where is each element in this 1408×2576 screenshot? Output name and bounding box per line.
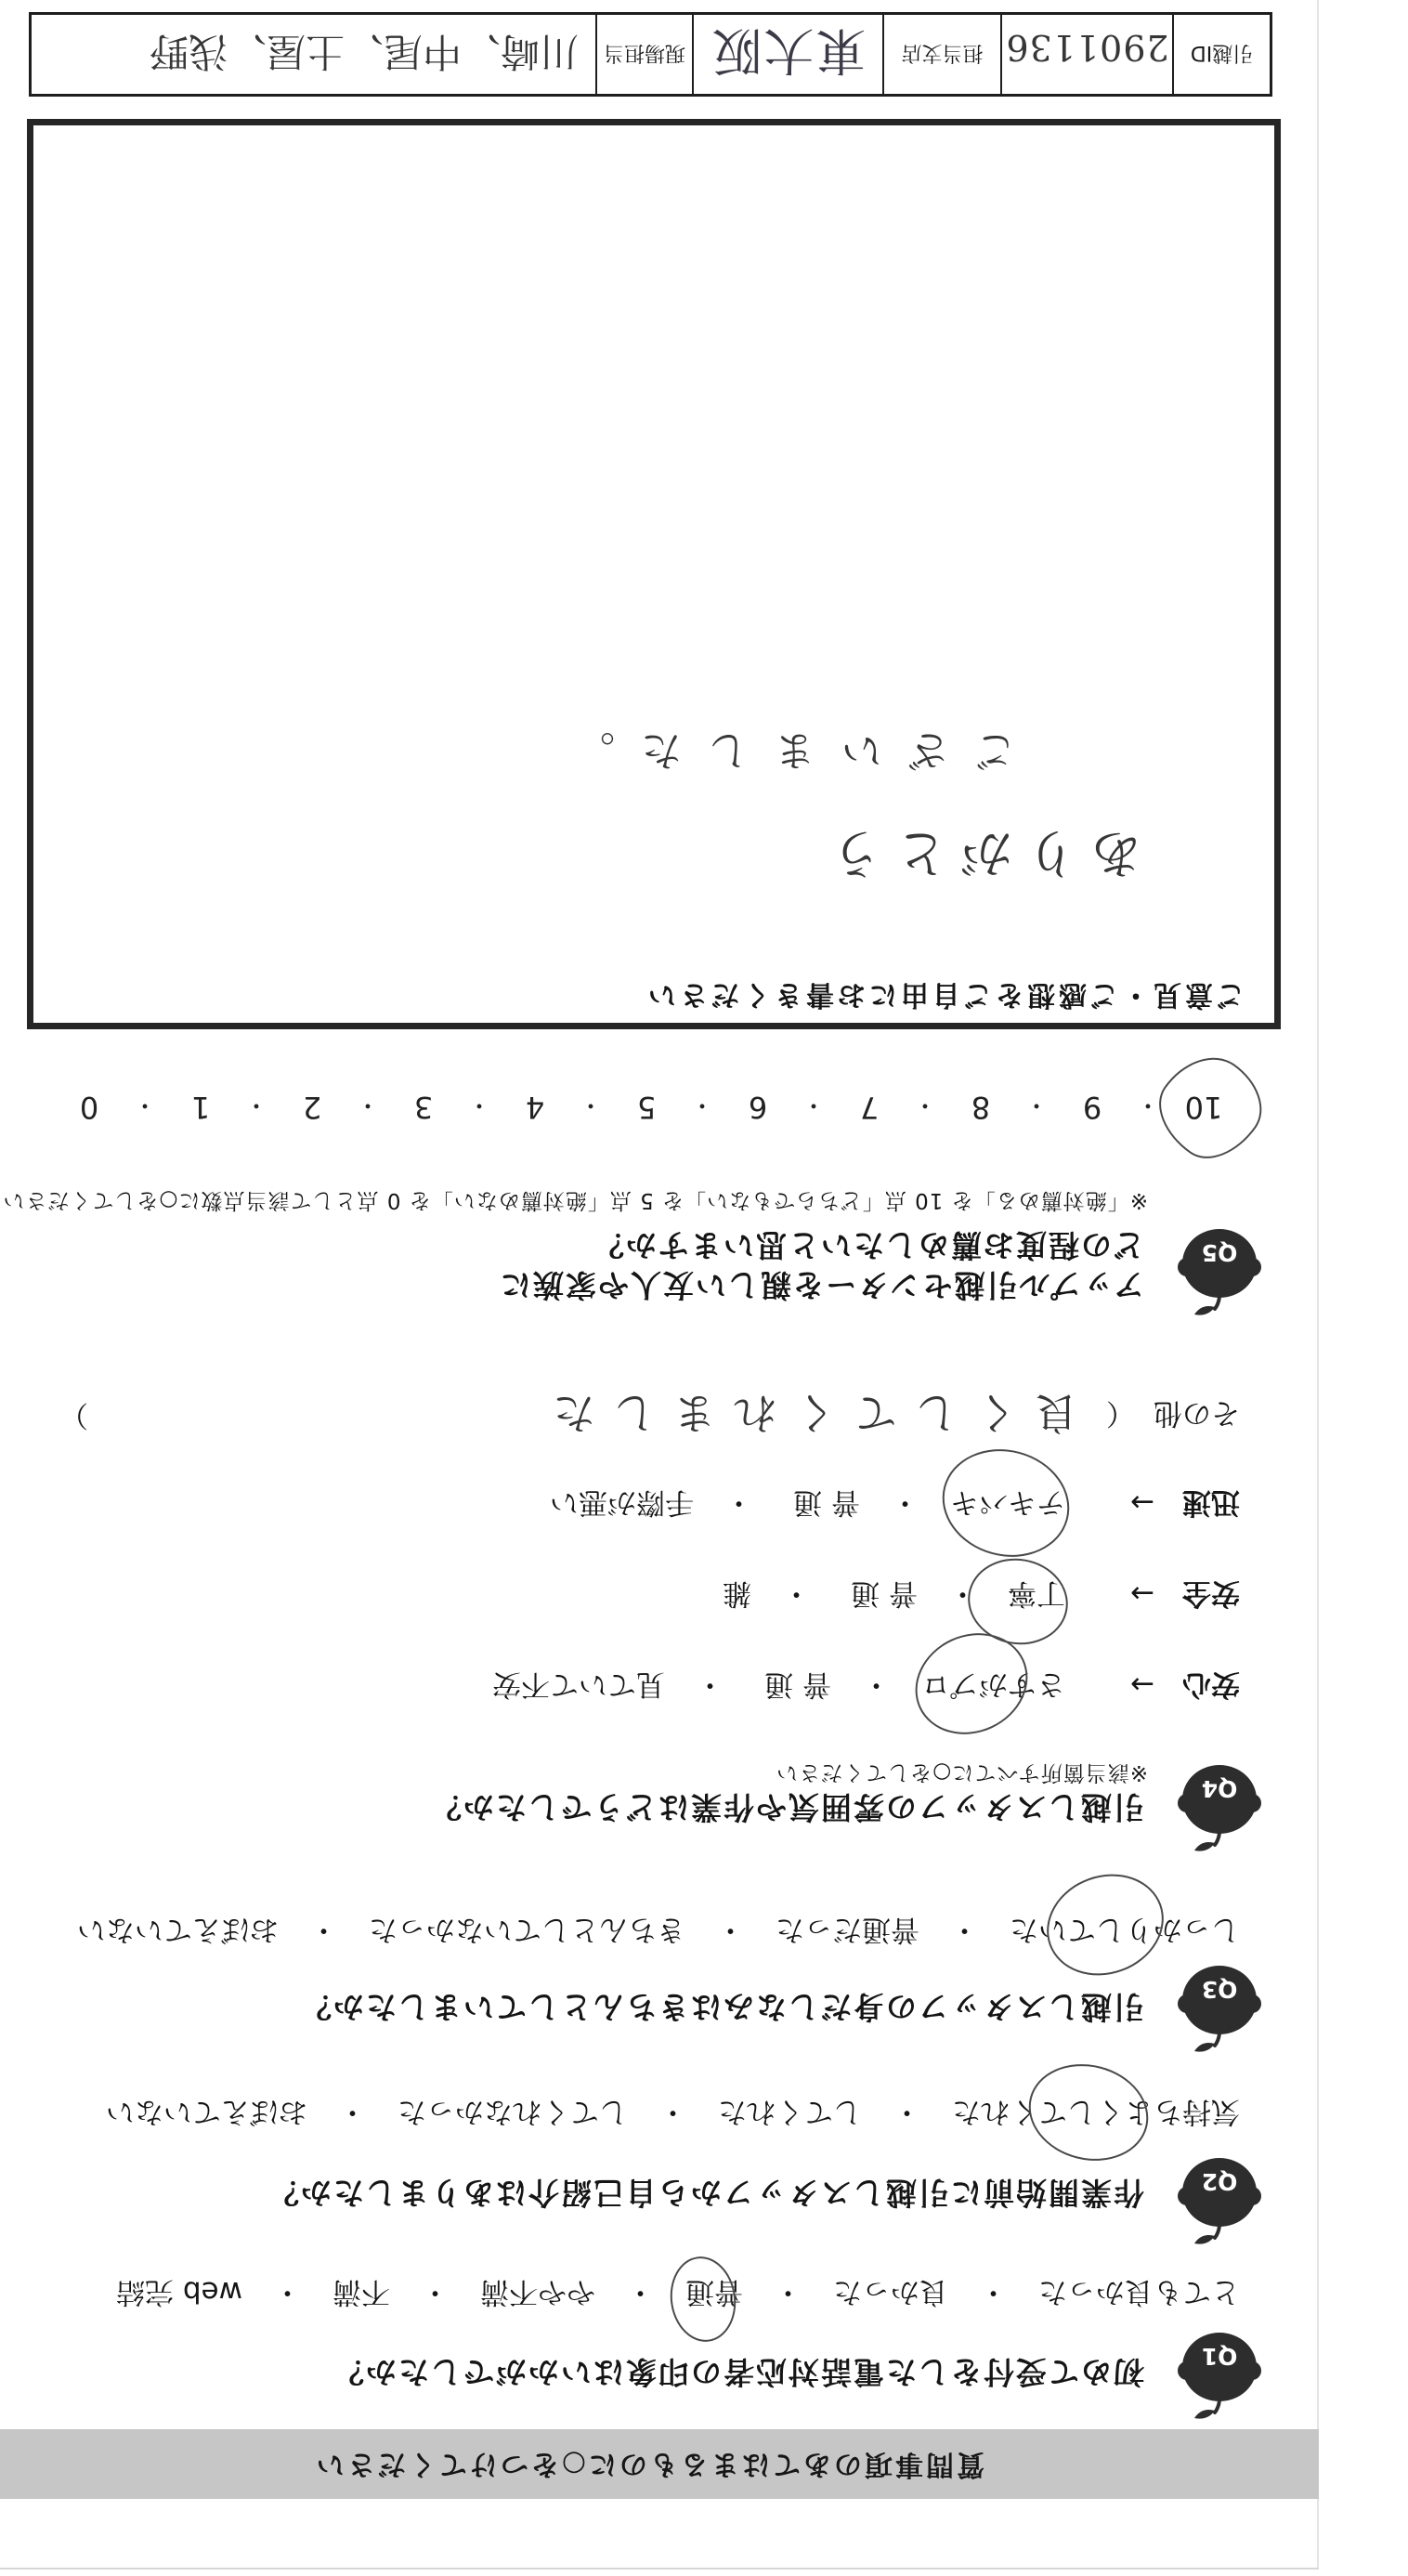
- question-note-q4: ※該当箇所すべてに○をしてください: [776, 1759, 1148, 1785]
- question-badge-q1: Q1: [1178, 2330, 1261, 2423]
- branch-value: 東大阪: [711, 19, 867, 90]
- arrow-right-icon: →: [1130, 1485, 1154, 1519]
- badge-label: Q3: [1178, 1975, 1261, 2003]
- scale-value: 8: [953, 1090, 1009, 1125]
- rating-row-anshin: 安心 → さすがプロ ・ 普通 ・ 見ていて不安: [492, 1667, 1240, 1701]
- comment-box-label: ご意見・ご感想をご自由にお書きください: [645, 977, 1245, 1011]
- option: きちんとしていなかった: [369, 1913, 685, 1946]
- question-text-q1: 初めて受付をした電話対応者の印象はいかがでしたか？: [332, 2353, 1144, 2390]
- selection-circle-jinsoku: [931, 1435, 1082, 1571]
- option: やや不満: [480, 2275, 595, 2308]
- option: 見ていて不安: [492, 1667, 665, 1701]
- option: 不満: [332, 2275, 390, 2308]
- scale-value: 1: [173, 1090, 228, 1125]
- row-label: 安全: [1182, 1576, 1240, 1610]
- scale-value: 5: [619, 1090, 674, 1125]
- question-text-q5-line2: どの程度お薦めしたいと思いますか？: [592, 1226, 1144, 1263]
- selection-circle-q1: [665, 2253, 741, 2347]
- option: 普通: [841, 1576, 918, 1610]
- separator: ・: [743, 2275, 833, 2308]
- move-info-table: 引越ID 2901136 担当支店 東大阪 現場担当 川崎、中尾、土屋、浅野: [29, 12, 1272, 97]
- paper-edge: [0, 2568, 1319, 2569]
- selection-circle-q2: [1019, 2052, 1159, 2173]
- scale-value: 9: [1064, 1090, 1120, 1125]
- separator: ・: [279, 1913, 369, 1946]
- separator: ・: [948, 2275, 1038, 2308]
- separator: ・: [451, 1091, 507, 1125]
- instructions-banner: 質問事項のあてはまるものに○をつけてください: [0, 2429, 1319, 2499]
- question-text-q2: 作業開始前に引越しスタッフから自己紹介はありましたか？: [267, 2174, 1144, 2211]
- separator: ・: [860, 1485, 950, 1519]
- paren-open: （: [1106, 1396, 1135, 1430]
- comment-box: [27, 119, 1281, 1029]
- separator: ・: [674, 1091, 730, 1125]
- option: 普通: [755, 1667, 831, 1701]
- paren-close-wrap: ）: [59, 1398, 88, 1432]
- separator: ・: [831, 1667, 921, 1701]
- question-text-q3: 引越しスタッフの身だしなみはきちんとしていましたか？: [299, 1988, 1144, 2025]
- crew-names: 川崎、中尾、土屋、浅野: [150, 27, 579, 83]
- separator: ・: [1009, 1091, 1064, 1125]
- question-badge-q3: Q3: [1178, 1963, 1261, 2056]
- row-label: 安心: [1182, 1667, 1240, 1701]
- separator: ・: [628, 2095, 718, 2128]
- scale-value: 6: [730, 1090, 786, 1125]
- option: おぼえていない: [106, 2095, 307, 2128]
- arrow-right-icon: →: [1130, 1667, 1154, 1701]
- other-label: その他: [1154, 1396, 1240, 1430]
- question-badge-q2: Q2: [1178, 2155, 1261, 2248]
- option: 良かった: [833, 2275, 948, 2308]
- other-row: その他 （ 良くしてくれました: [535, 1394, 1240, 1432]
- separator: ・: [307, 2095, 398, 2128]
- separator: ・: [786, 1091, 841, 1125]
- option: してくれた: [718, 2095, 862, 2128]
- option: 手際が悪い: [550, 1485, 694, 1519]
- move-id-value: 2901136: [1005, 28, 1168, 82]
- recommend-scale: 10 ・ 9 ・ 8 ・ 7 ・ 6 ・ 5 ・ 4 ・ 3 ・ 2 ・ 1 ・…: [61, 1089, 1232, 1126]
- separator: ・: [862, 2095, 952, 2128]
- separator: ・: [919, 1913, 1010, 1946]
- rating-row-jinsoku: 迅速 → テキパキ ・ 普通 ・ 手際が悪い: [550, 1485, 1240, 1519]
- badge-label: Q5: [1178, 1238, 1261, 1266]
- handwritten-comment-line2: ございました。: [548, 726, 1016, 774]
- handwritten-comment-line1: ありがとう: [817, 819, 1142, 884]
- option: web 完結: [116, 2275, 242, 2308]
- separator: ・: [751, 1576, 841, 1610]
- separator: ・: [685, 1913, 776, 1946]
- separator: ・: [563, 1091, 619, 1125]
- question-badge-q4: Q4: [1178, 1762, 1261, 1855]
- option: 普通だった: [776, 1913, 919, 1946]
- selection-circle-q3: [1033, 1858, 1179, 1991]
- question-badge-q5: Q5: [1178, 1226, 1261, 1319]
- scale-value: 3: [396, 1090, 451, 1125]
- separator: ・: [897, 1091, 953, 1125]
- branch-value-cell: 東大阪: [694, 15, 884, 94]
- badge-label: Q1: [1178, 2342, 1261, 2370]
- badge-label: Q2: [1178, 2167, 1261, 2195]
- question-note-q5: ※「絶対薦める」を 10 点「どちらでもない」を 5 点「絶対薦めない」を 0 …: [2, 1187, 1148, 1213]
- option: 普通: [784, 1485, 860, 1519]
- crew-value-cell: 川崎、中尾、土屋、浅野: [32, 15, 597, 94]
- badge-label: Q4: [1178, 1774, 1261, 1802]
- move-id-label: 引越ID: [1191, 40, 1253, 69]
- scale-value: 4: [507, 1090, 563, 1125]
- arrow-right-icon: →: [1130, 1576, 1154, 1610]
- paper-edge: [1317, 0, 1319, 2569]
- option: してくれなかった: [398, 2095, 628, 2128]
- move-id-label-cell: 引越ID: [1174, 15, 1270, 94]
- branch-label: 担当支店: [902, 40, 984, 69]
- option: 雑: [723, 1576, 751, 1610]
- option: とても良かった: [1038, 2275, 1240, 2308]
- separator: ・: [228, 1091, 284, 1125]
- move-id-value-cell: 2901136: [1002, 15, 1174, 94]
- selection-circle-q5: [1141, 1039, 1279, 1176]
- row-label: 迅速: [1182, 1485, 1240, 1519]
- separator: ・: [694, 1485, 784, 1519]
- scale-value: 0: [61, 1090, 117, 1125]
- separator: ・: [242, 2275, 332, 2308]
- branch-label-cell: 担当支店: [884, 15, 1002, 94]
- option: おぼえていない: [77, 1913, 279, 1946]
- question-text-q5-line1: アップル引越センターを親しい友人や家族に: [499, 1266, 1144, 1303]
- scale-value: 2: [284, 1090, 340, 1125]
- instructions-text: 質問事項のあてはまるものに○をつけてください: [314, 2429, 984, 2499]
- survey-sheet-rotated: 質問事項のあてはまるものに○をつけてください Q1 初めて受付をした電話対応者の…: [0, 0, 1408, 2576]
- separator: ・: [665, 1667, 755, 1701]
- separator: ・: [117, 1091, 173, 1125]
- separator: ・: [390, 2275, 480, 2308]
- paren-close: ）: [59, 1398, 88, 1432]
- crew-label-cell: 現場担当: [597, 15, 694, 94]
- scale-value: 7: [841, 1090, 897, 1125]
- crew-label: 現場担当: [604, 40, 685, 69]
- other-handwritten-answer: 良くしてくれました: [535, 1396, 1078, 1430]
- question-text-q4: 引越しスタッフの雰囲気や作業はどうでしたか？: [429, 1788, 1144, 1825]
- separator: ・: [340, 1091, 396, 1125]
